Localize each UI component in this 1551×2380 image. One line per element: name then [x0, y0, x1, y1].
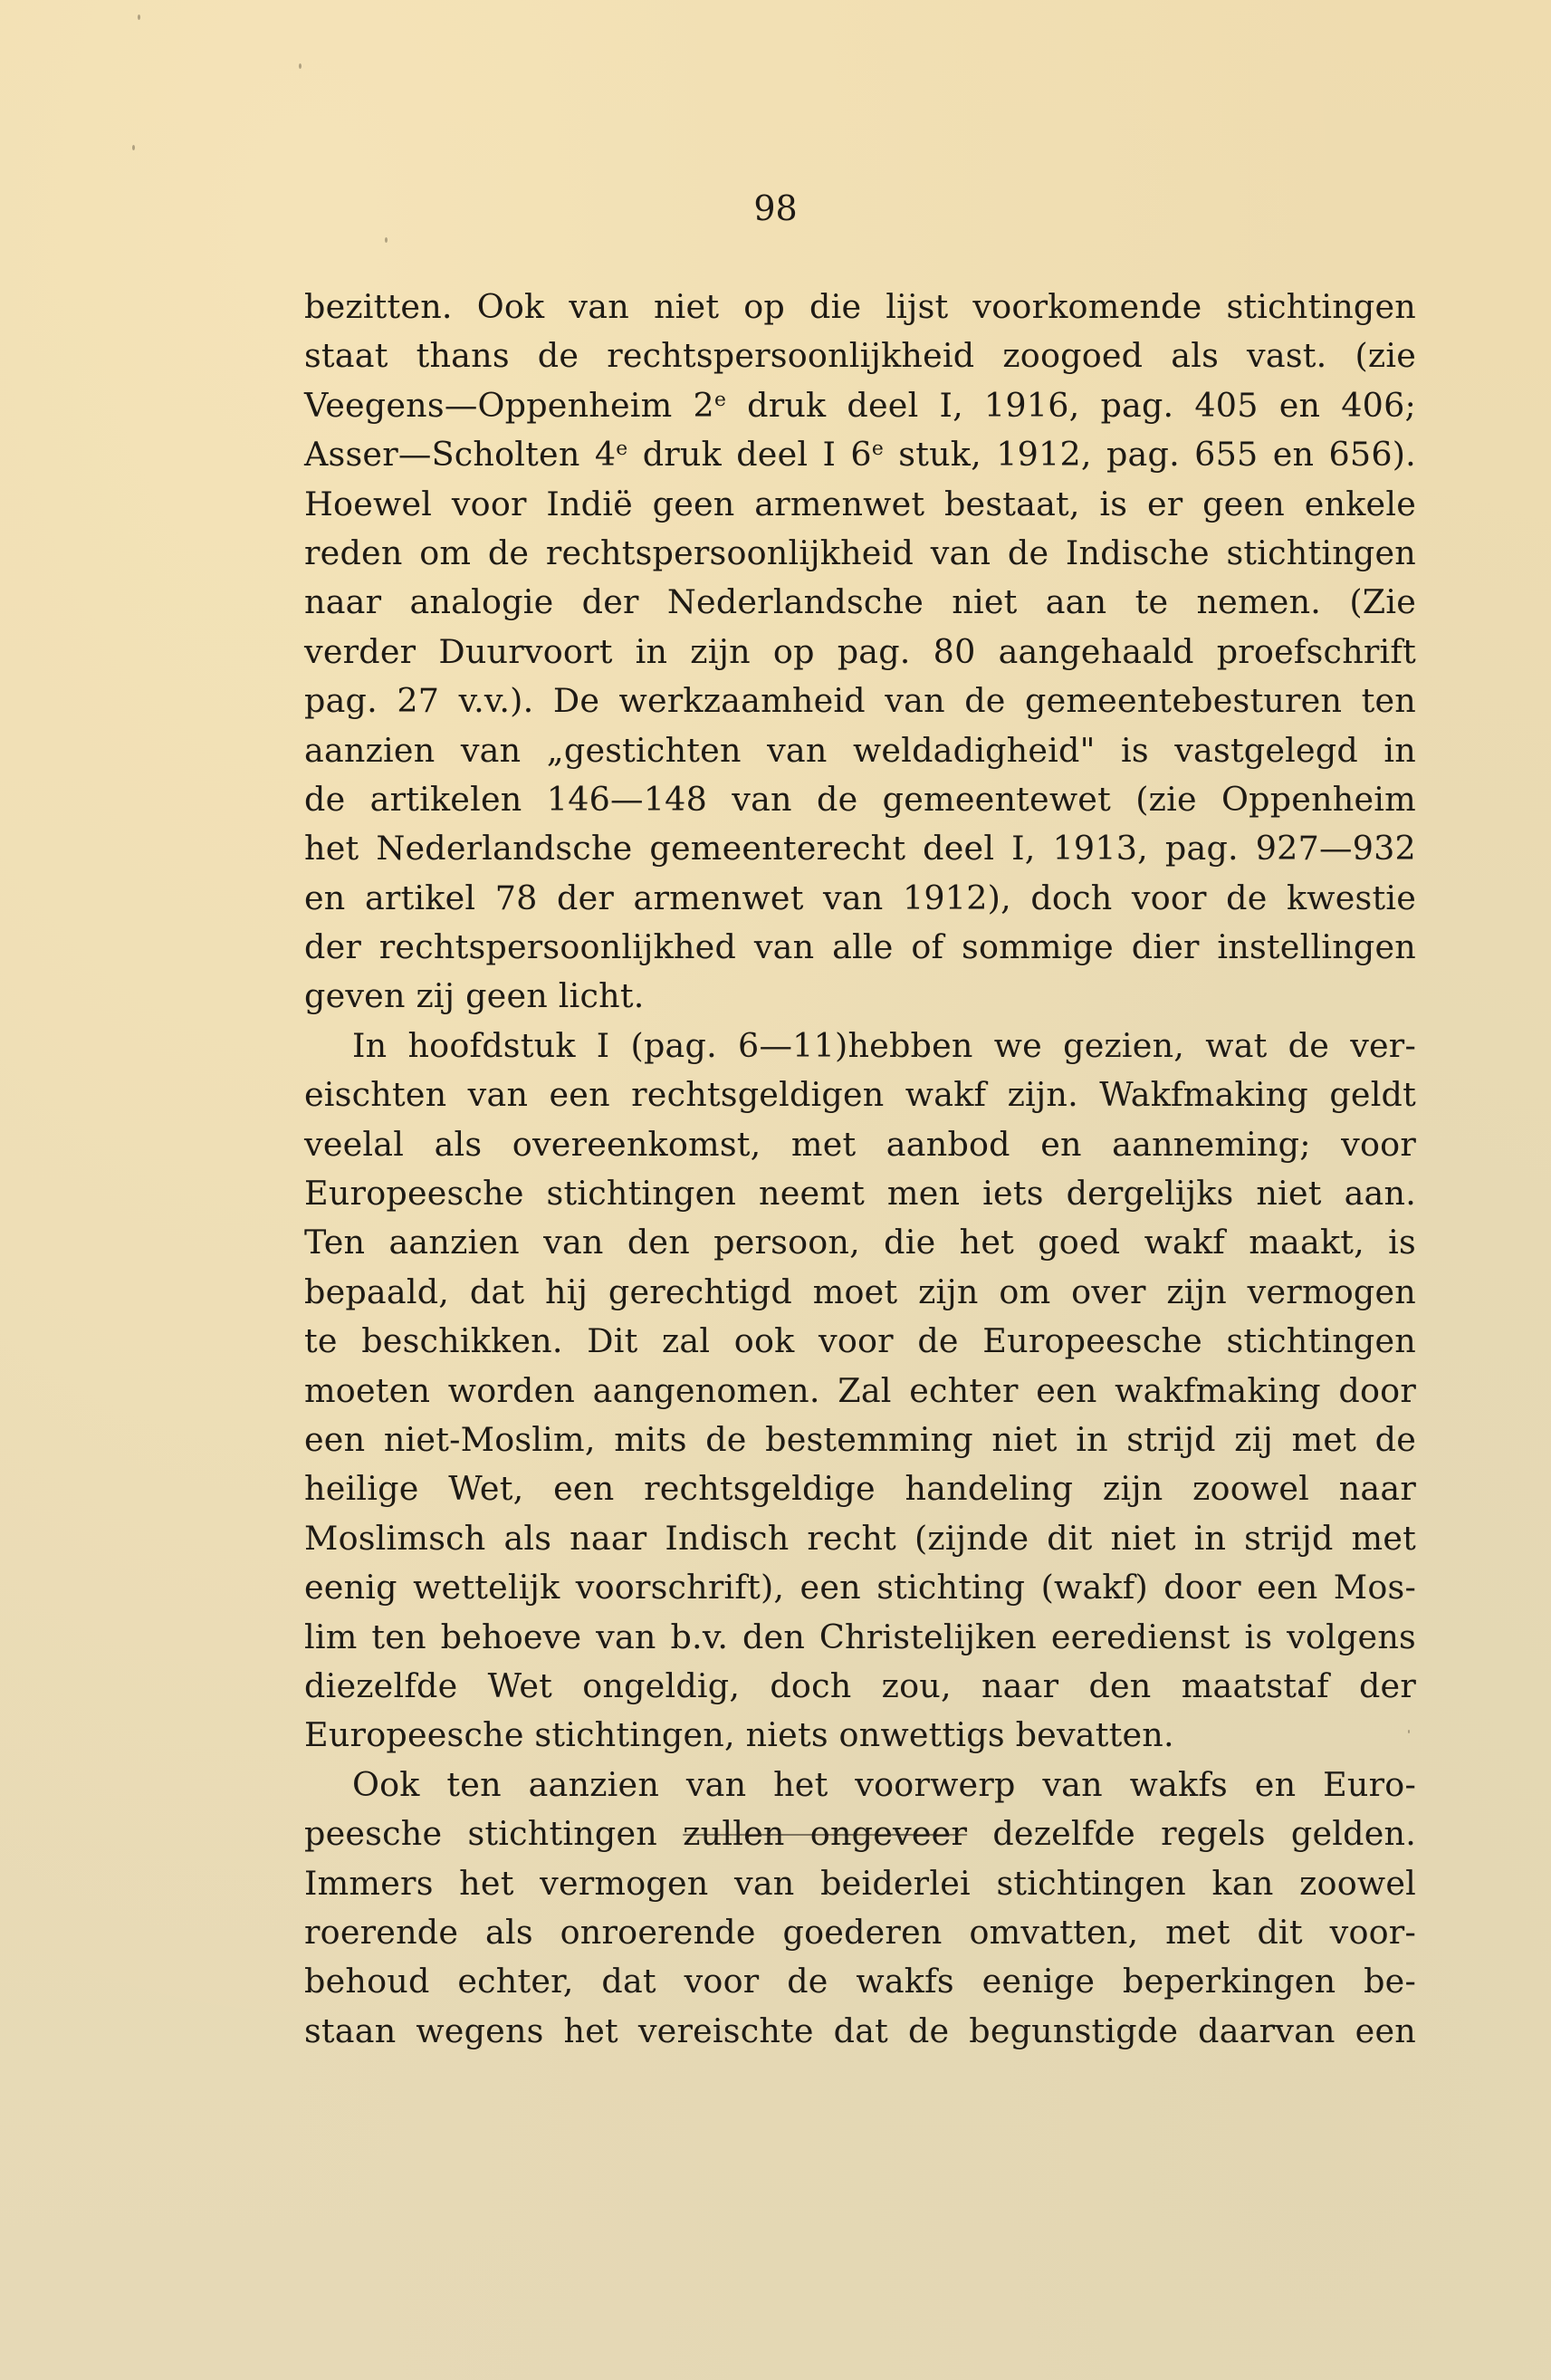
text-line: aanzien van „gestichten van weldadigheid… — [304, 726, 1416, 775]
text-line: Hoewel voor Indië geen armenwet bestaat,… — [304, 480, 1416, 529]
text-line-paragraph-end: Europeesche stichtingen, niets onwettigs… — [304, 1711, 1416, 1760]
paper-speck — [299, 63, 302, 69]
struck-through-text: zullen ongeveer — [683, 1814, 967, 1853]
text-line: het Nederlandsche gemeenterecht deel I, … — [304, 824, 1416, 873]
text-line-paragraph-start: Ook ten aanzien van het voorwerp van wak… — [304, 1761, 1416, 1809]
text-line: te beschikken. Dit zal ook voor de Europ… — [304, 1317, 1416, 1366]
text-line: naar analogie der Nederlandsche niet aan… — [304, 578, 1416, 627]
text-line: eenig wettelijk voorschrift), een sticht… — [304, 1563, 1416, 1612]
text-line: Veegens—Oppenheim 2e druk deel I, 1916, … — [304, 381, 1416, 430]
text-line: eischten van een rechtsgeldigen wakf zij… — [304, 1070, 1416, 1119]
paper-speck — [1408, 1730, 1410, 1733]
book-page: 98 bezitten. Ook van niet op die lijst v… — [0, 0, 1551, 2380]
text-line: peesche stichtingen zullen ongeveer deze… — [304, 1809, 1416, 1858]
text-line: verder Duurvoort in zijn op pag. 80 aang… — [304, 628, 1416, 677]
paper-speck — [385, 237, 388, 243]
text-line: Immers het vermogen van beiderlei sticht… — [304, 1859, 1416, 1908]
text-line: moeten worden aangenomen. Zal echter een… — [304, 1367, 1416, 1416]
superscript: e — [872, 437, 884, 460]
text-line: der rechtspersoonlijkhed van alle of som… — [304, 923, 1416, 972]
text-line: roerende als onroerende goederen omvatte… — [304, 1908, 1416, 1957]
text-line: bezitten. Ook van niet op die lijst voor… — [304, 283, 1416, 331]
text-line: Moslimsch als naar Indisch recht (zijnde… — [304, 1514, 1416, 1563]
superscript: e — [616, 437, 627, 460]
text-line: Ten aanzien van den persoon, die het goe… — [304, 1218, 1416, 1267]
text-line: Europeesche stichtingen neemt men iets d… — [304, 1169, 1416, 1218]
text-line: staan wegens het vereischte dat de begun… — [304, 2007, 1416, 2056]
text-line: bepaald, dat hij gerechtigd moet zijn om… — [304, 1268, 1416, 1317]
paper-speck — [138, 14, 140, 20]
page-number: 98 — [0, 186, 1551, 231]
body-text: bezitten. Ook van niet op die lijst voor… — [304, 283, 1416, 2056]
text-line: heilige Wet, een rechtsgeldige handeling… — [304, 1464, 1416, 1513]
text-line: en artikel 78 der armenwet van 1912), do… — [304, 874, 1416, 923]
text-line: reden om de rechtspersoonlijkheid van de… — [304, 529, 1416, 578]
text-line: de artikelen 146—148 van de gemeentewet … — [304, 775, 1416, 824]
text-line: veelal als overeenkomst, met aanbod en a… — [304, 1120, 1416, 1169]
text-line-paragraph-start: In hoofdstuk I (pag. 6—11)hebben we gezi… — [304, 1022, 1416, 1070]
text-line: behoud echter, dat voor de wakfs eenige … — [304, 1957, 1416, 2006]
superscript: e — [714, 389, 726, 411]
text-line-paragraph-end: geven zij geen licht. — [304, 972, 1416, 1021]
text-line: staat thans de rechtspersoonlijkheid zoo… — [304, 331, 1416, 380]
text-line: diezelfde Wet ongeldig, doch zou, naar d… — [304, 1662, 1416, 1711]
paper-speck — [132, 145, 135, 150]
text-line: pag. 27 v.v.). De werkzaamheid van de ge… — [304, 677, 1416, 725]
text-line: Asser—Scholten 4e druk deel I 6e stuk, 1… — [304, 430, 1416, 479]
text-line: een niet-Moslim, mits de bestemming niet… — [304, 1416, 1416, 1464]
text-line: lim ten behoeve van b.v. den Christelijk… — [304, 1613, 1416, 1662]
